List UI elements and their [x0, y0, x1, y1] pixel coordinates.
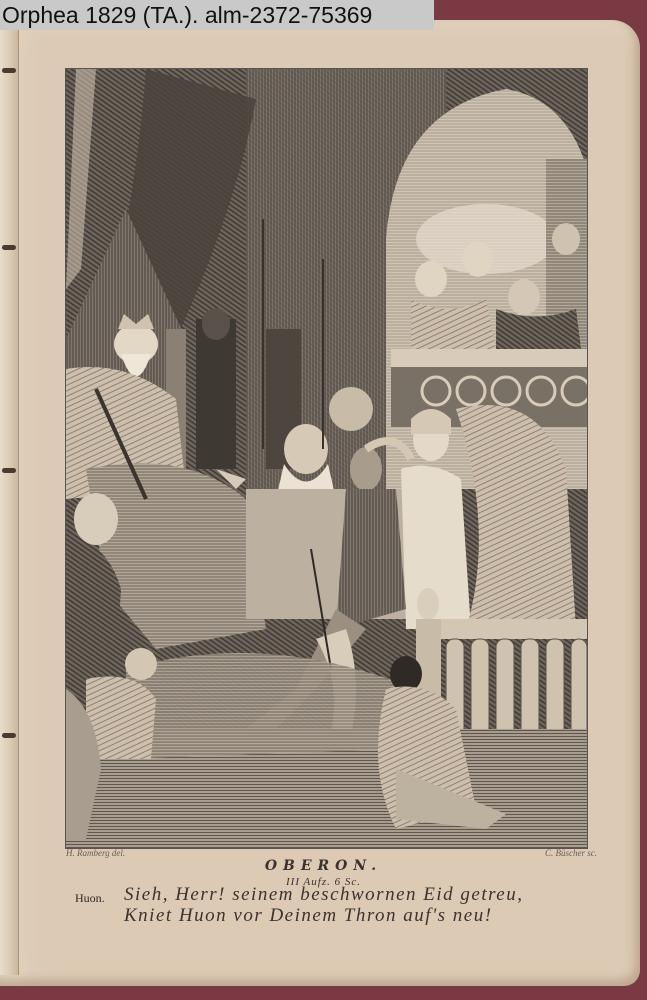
image-caption-label: Orphea 1829 (TA.). alm-2372-75369: [0, 0, 434, 30]
binding-stitch: [2, 733, 16, 738]
caption-title: OBERON.: [0, 858, 647, 874]
engraver-credit: C. Büscher sc.: [545, 848, 597, 858]
caption-verse-line-2: Kniet Huon vor Deinem Thron auf's neu!: [124, 905, 493, 927]
binding-stitch: [2, 68, 16, 73]
book-spine: [0, 20, 19, 975]
caption-verse-line-1: Sieh, Herr! seinem beschwornen Eid getre…: [124, 884, 523, 906]
engraving-illustration: [66, 69, 587, 848]
engraving-plate: [65, 68, 588, 849]
artist-credit: H. Ramberg del.: [66, 848, 125, 858]
caption-speaker: Huon.: [75, 891, 105, 906]
binding-stitch: [2, 468, 16, 473]
binding-stitch: [2, 245, 16, 250]
